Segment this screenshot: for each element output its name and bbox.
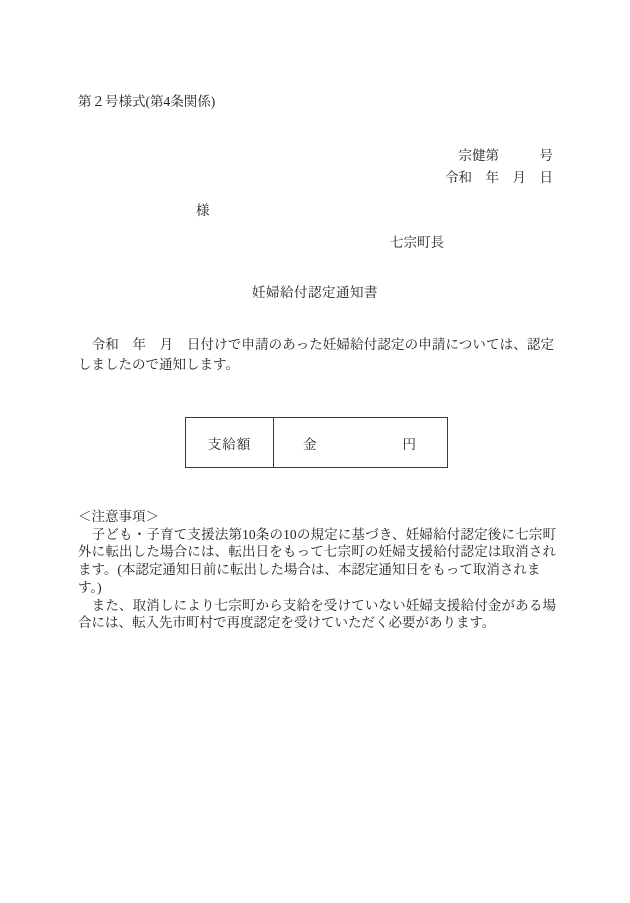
notification-document-page: 第２号様式(第4条関係) 宗健第 号 令和 年 月 日 様 七宗町長 妊婦給付認… [0, 0, 630, 903]
notes-heading: ＜注意事項＞ [78, 508, 556, 526]
amount-prefix: 金 [303, 433, 317, 453]
body-paragraph: 令和 年 月 日付けで申請のあった妊婦給付認定の申請については、認定 しましたの… [78, 335, 554, 374]
body-line: しましたので通知します。 [78, 355, 554, 375]
notes-line: 外に転出した場合には、転出日をもって七宗町の妊婦支援給付認定は取消され [78, 543, 556, 561]
notes-line: また、取消しにより七宗町から支給を受けていない妊婦支援給付金がある場 [78, 597, 556, 615]
form-number-label: 第２号様式(第4条関係) [78, 90, 215, 110]
notes-line: 子ども・子育て支援法第10条の10の規定に基づき、妊婦給付認定後に七宗町 [78, 526, 556, 544]
payment-amount-table: 支給額 金 円 [185, 417, 448, 468]
document-title: 妊婦給付認定通知書 [0, 281, 630, 301]
notes-line: 合には、転入先市町村で再度認定を受けていただく必要があります。 [78, 614, 556, 632]
body-line: 令和 年 月 日付けで申請のあった妊婦給付認定の申請については、認定 [78, 335, 554, 355]
notes-section: ＜注意事項＞ 子ども・子育て支援法第10条の10の規定に基づき、妊婦給付認定後に… [78, 508, 556, 632]
document-reference-number: 宗健第 号 [459, 144, 554, 164]
sender-title: 七宗町長 [390, 231, 444, 251]
payment-amount-value-cell: 金 円 [274, 418, 447, 467]
issue-date-line: 令和 年 月 日 [445, 166, 553, 186]
payment-amount-label-cell: 支給額 [186, 418, 274, 467]
amount-unit: 円 [403, 433, 417, 453]
notes-line: ます。(本認定通知日前に転出した場合は、本認定通知日をもって取消されます。) [78, 561, 556, 596]
addressee-honorific: 様 [196, 199, 210, 219]
